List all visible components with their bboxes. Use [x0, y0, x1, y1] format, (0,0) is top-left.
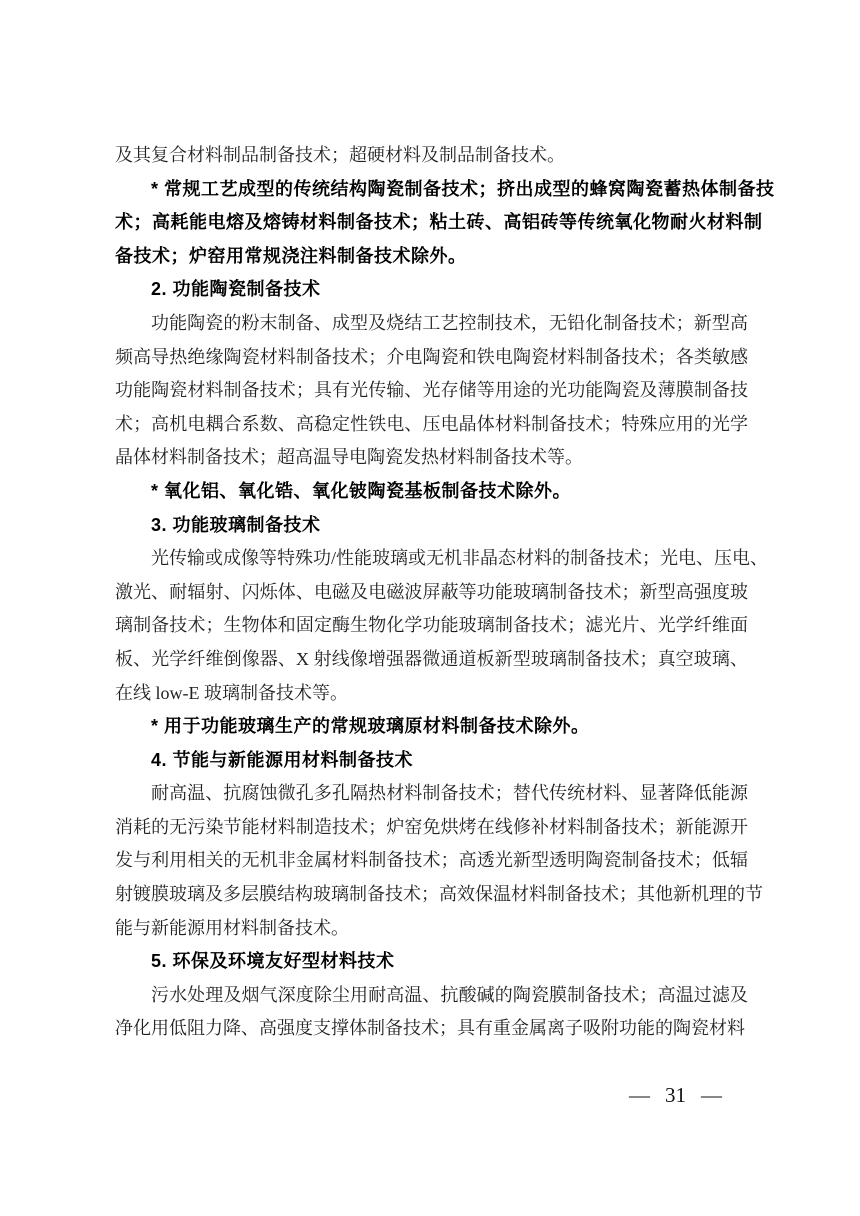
body-3: 光传输或成像等特殊功/性能玻璃或无机非晶态材料的制备技术；光电、压电、激光、耐辐… — [115, 542, 748, 710]
text-line: 及其复合材料制品制备技术；超硬材料及制品制备技术。 — [115, 139, 748, 173]
text-line: 射镀膜玻璃及多层膜结构玻璃制备技术；高效保温材料制备技术；其他新机理的节 — [115, 878, 748, 912]
text-line: 耐高温、抗腐蚀微孔多孔隔热材料制备技术；替代传统材料、显著降低能源 — [115, 777, 748, 811]
text-line: 功能陶瓷的粉末制备、成型及烧结工艺控制技术，无铅化制备技术；新型高 — [115, 307, 748, 341]
text-line: 污水处理及烟气深度除尘用耐高温、抗酸碱的陶瓷膜制备技术；高温过滤及 — [115, 979, 748, 1013]
text-line: 2. 功能陶瓷制备技术 — [115, 273, 748, 307]
text-line: 消耗的无污染节能材料制造技术；炉窑免烘烤在线修补材料制备技术；新能源开 — [115, 811, 748, 845]
page-number: — 31 — — [629, 1081, 722, 1109]
text-line: 频高导热绝缘陶瓷材料制备技术；介电陶瓷和铁电陶瓷材料制备技术；各类敏感 — [115, 341, 748, 375]
text-line: 在线 low-E 玻璃制备技术等。 — [115, 677, 748, 711]
exclusion-3: * 用于功能玻璃生产的常规玻璃原材料制备技术除外。 — [115, 710, 748, 744]
heading-4: 4. 节能与新能源用材料制备技术 — [115, 744, 748, 778]
text-line: 发与利用相关的无机非金属材料制备技术；高透光新型透明陶瓷制备技术；低辐 — [115, 844, 748, 878]
text-line: 功能陶瓷材料制备技术；具有光传输、光存储等用途的光功能陶瓷及薄膜制备技 — [115, 374, 748, 408]
text-line: 5. 环保及环境友好型材料技术 — [115, 945, 748, 979]
body-continuation: 及其复合材料制品制备技术；超硬材料及制品制备技术。 — [115, 139, 748, 173]
body-2: 功能陶瓷的粉末制备、成型及烧结工艺控制技术，无铅化制备技术；新型高频高导热绝缘陶… — [115, 307, 748, 475]
text-line: 净化用低阻力降、高强度支撑体制备技术；具有重金属离子吸附功能的陶瓷材料 — [115, 1012, 748, 1046]
text-line: * 氧化铝、氧化锆、氧化铍陶瓷基板制备技术除外。 — [115, 475, 748, 509]
text-line: * 用于功能玻璃生产的常规玻璃原材料制备技术除外。 — [115, 710, 748, 744]
document-body: 及其复合材料制品制备技术；超硬材料及制品制备技术。* 常规工艺成型的传统结构陶瓷… — [115, 139, 748, 1046]
heading-2: 2. 功能陶瓷制备技术 — [115, 273, 748, 307]
text-line: 术；高耗能电熔及熔铸材料制备技术；粘土砖、高铝砖等传统氧化物耐火材料制 — [115, 206, 748, 240]
text-line: 光传输或成像等特殊功/性能玻璃或无机非晶态材料的制备技术；光电、压电、 — [115, 542, 748, 576]
body-5: 污水处理及烟气深度除尘用耐高温、抗酸碱的陶瓷膜制备技术；高温过滤及净化用低阻力降… — [115, 979, 748, 1046]
text-line: 板、光学纤维倒像器、X 射线像增强器微通道板新型玻璃制备技术；真空玻璃、 — [115, 643, 748, 677]
heading-5: 5. 环保及环境友好型材料技术 — [115, 945, 748, 979]
page-number-dash-left: — — [629, 1081, 650, 1109]
body-4: 耐高温、抗腐蚀微孔多孔隔热材料制备技术；替代传统材料、显著降低能源消耗的无污染节… — [115, 777, 748, 945]
text-line: 激光、耐辐射、闪烁体、电磁及电磁波屏蔽等功能玻璃制备技术；新型高强度玻 — [115, 576, 748, 610]
text-line: 3. 功能玻璃制备技术 — [115, 509, 748, 543]
page-footer: — 31 — — [629, 1081, 722, 1109]
text-line: 4. 节能与新能源用材料制备技术 — [115, 744, 748, 778]
text-line: 能与新能源用材料制备技术。 — [115, 912, 748, 946]
text-line: 术；高机电耦合系数、高稳定性铁电、压电晶体材料制备技术；特殊应用的光学 — [115, 408, 748, 442]
exclusion-2: * 氧化铝、氧化锆、氧化铍陶瓷基板制备技术除外。 — [115, 475, 748, 509]
exclusion-1: * 常规工艺成型的传统结构陶瓷制备技术；挤出成型的蜂窝陶瓷蓄热体制备技术；高耗能… — [115, 173, 748, 274]
document-page: 及其复合材料制品制备技术；超硬材料及制品制备技术。* 常规工艺成型的传统结构陶瓷… — [0, 0, 860, 1216]
text-line: 备技术；炉窑用常规浇注料制备技术除外。 — [115, 240, 748, 274]
heading-3: 3. 功能玻璃制备技术 — [115, 509, 748, 543]
page-number-dash-right: — — [701, 1081, 722, 1109]
text-line: 璃制备技术；生物体和固定酶生物化学功能玻璃制备技术；滤光片、光学纤维面 — [115, 609, 748, 643]
text-line: 晶体材料制备技术；超高温导电陶瓷发热材料制备技术等。 — [115, 441, 748, 475]
page-number-value: 31 — [665, 1081, 686, 1109]
text-line: * 常规工艺成型的传统结构陶瓷制备技术；挤出成型的蜂窝陶瓷蓄热体制备技 — [115, 173, 748, 207]
